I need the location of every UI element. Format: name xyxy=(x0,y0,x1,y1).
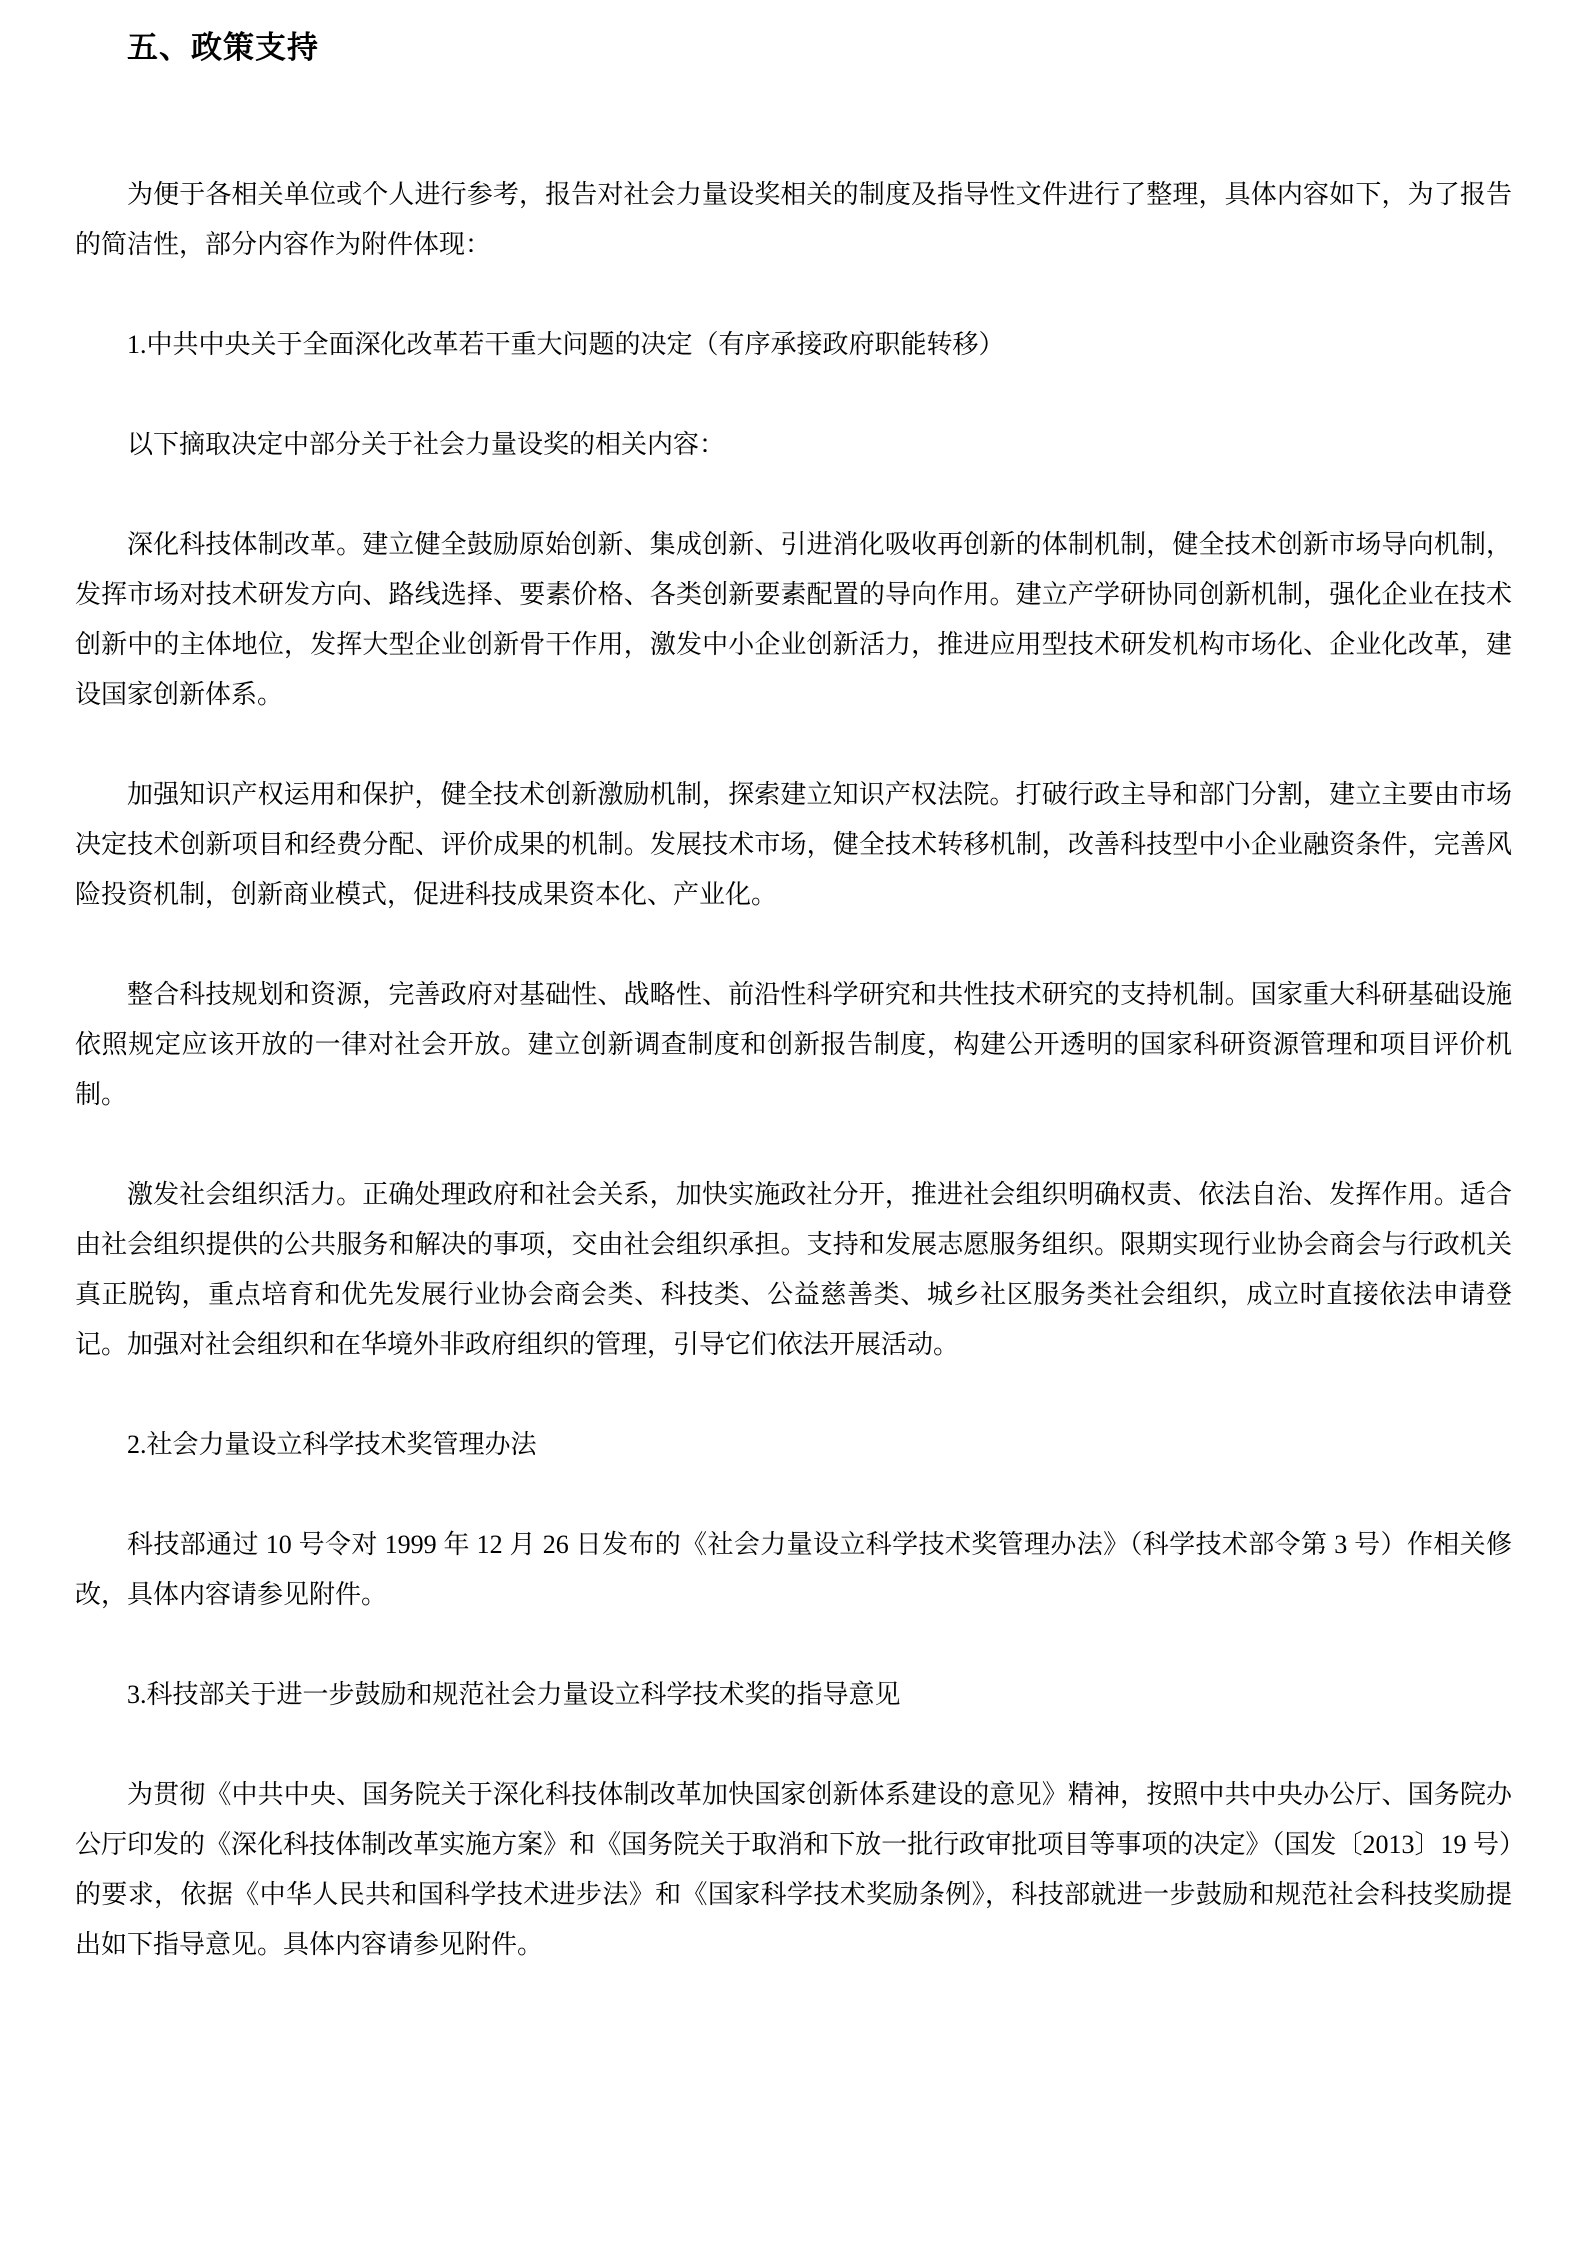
paragraph-most-order: 科技部通过 10 号令对 1999 年 12 月 26 日发布的《社会力量设立科… xyxy=(75,1520,1512,1620)
paragraph-item-2-title: 2.社会力量设立科学技术奖管理办法 xyxy=(75,1420,1512,1470)
paragraph-item-1-title: 1.中共中央关于全面深化改革若干重大问题的决定（有序承接政府职能转移） xyxy=(75,320,1512,370)
paragraph-intro: 为便于各相关单位或个人进行参考，报告对社会力量设奖相关的制度及指导性文件进行了整… xyxy=(75,170,1512,270)
paragraph-excerpt-note: 以下摘取决定中部分关于社会力量设奖的相关内容： xyxy=(75,420,1512,470)
paragraph-resource-integration: 整合科技规划和资源，完善政府对基础性、战略性、前沿性科学研究和共性技术研究的支持… xyxy=(75,970,1512,1120)
paragraph-guidance-opinion: 为贯彻《中共中央、国务院关于深化科技体制改革加快国家创新体系建设的意见》精神，按… xyxy=(75,1770,1512,1970)
document-page: 五、政策支持 为便于各相关单位或个人进行参考，报告对社会力量设奖相关的制度及指导… xyxy=(0,0,1587,2245)
paragraph-ip-protection: 加强知识产权运用和保护，健全技术创新激励机制，探索建立知识产权法院。打破行政主导… xyxy=(75,770,1512,920)
paragraph-item-3-title: 3.科技部关于进一步鼓励和规范社会力量设立科学技术奖的指导意见 xyxy=(75,1670,1512,1720)
paragraph-tech-reform: 深化科技体制改革。建立健全鼓励原始创新、集成创新、引进消化吸收再创新的体制机制，… xyxy=(75,520,1512,720)
section-heading: 五、政策支持 xyxy=(75,26,1512,70)
paragraph-social-organizations: 激发社会组织活力。正确处理政府和社会关系，加快实施政社分开，推进社会组织明确权责… xyxy=(75,1170,1512,1370)
